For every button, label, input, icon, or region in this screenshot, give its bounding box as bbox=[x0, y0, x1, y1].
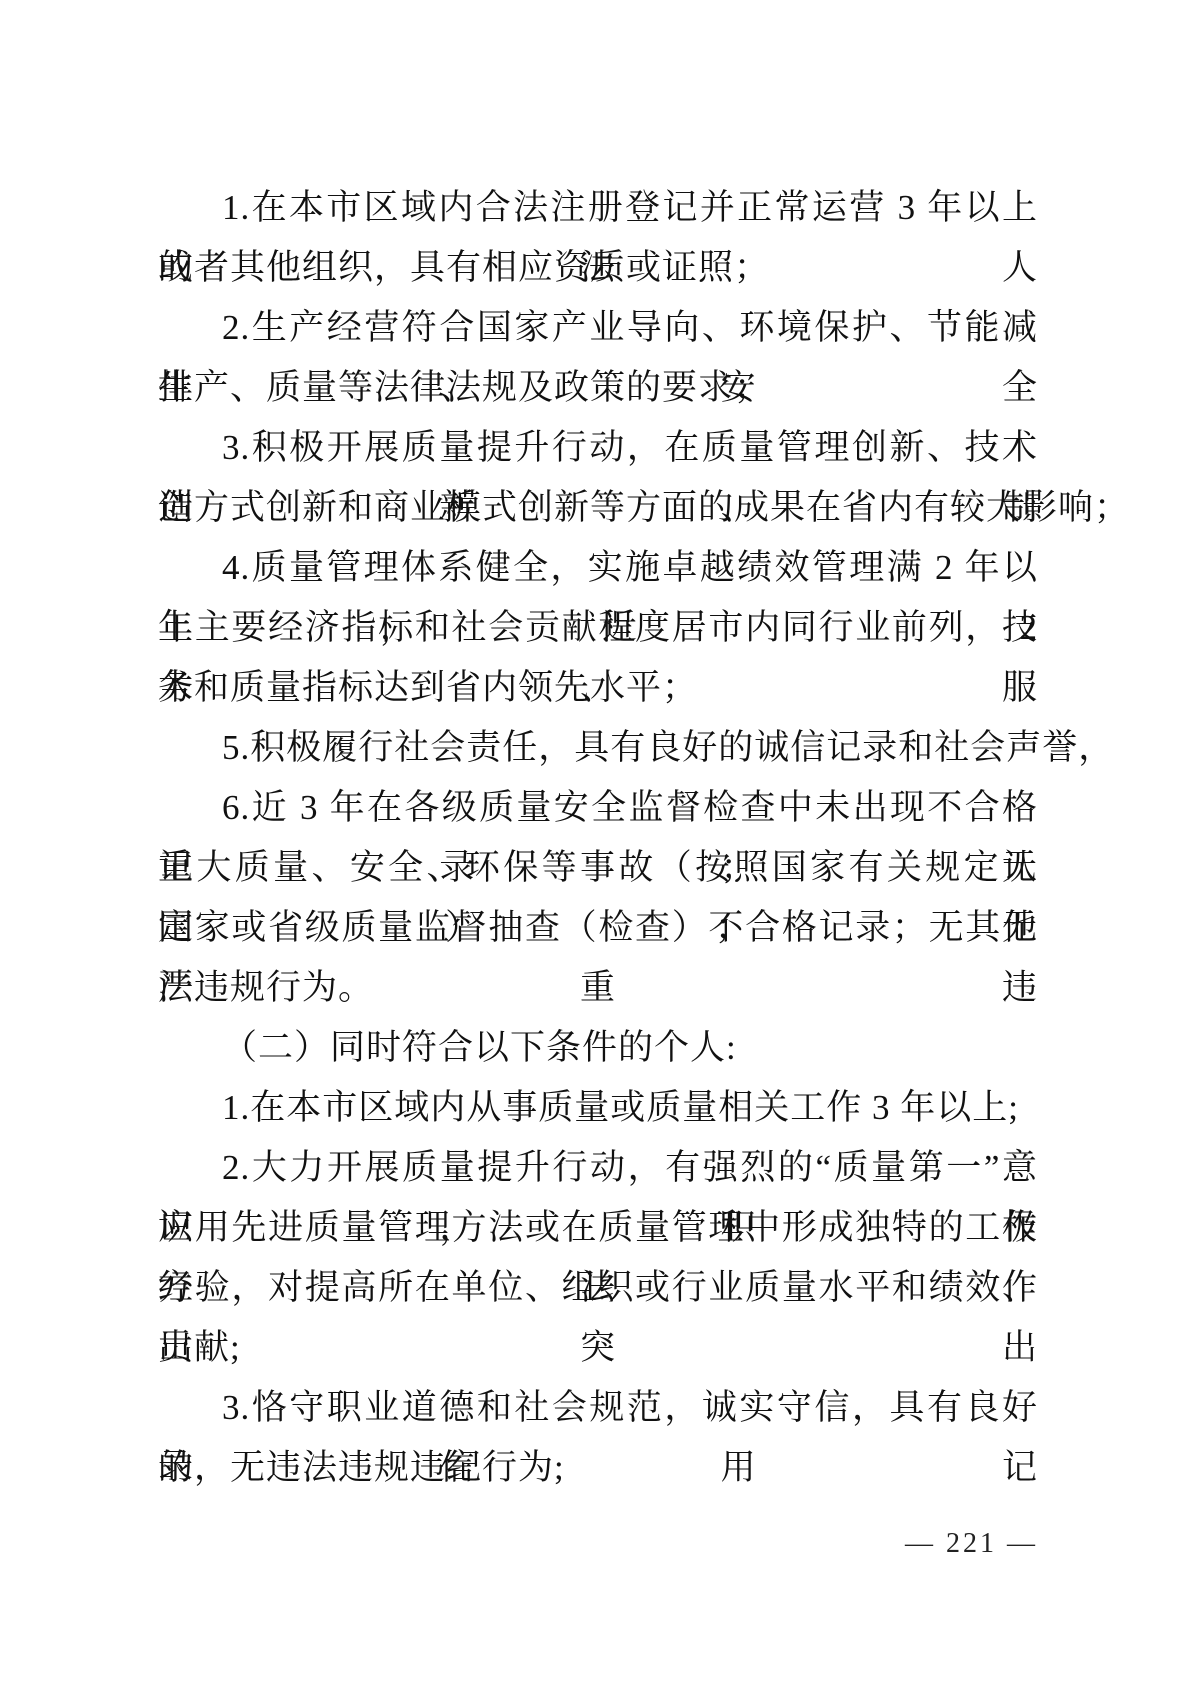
text-line: 3.积极开展质量提升行动，在质量管理创新、技术创新、制 bbox=[158, 418, 1038, 478]
document-page: 1.在本市区域内合法注册登记并正常运营 3 年以上的法人或者其他组织，具有相应资… bbox=[0, 0, 1190, 1683]
text-line: 经验，对提高所在单位、组织或行业质量水平和绩效作出突出 bbox=[158, 1258, 1038, 1318]
text-line: 1.在本市区域内从事质量或质量相关工作 3 年以上; bbox=[158, 1078, 1038, 1138]
document-body: 1.在本市区域内合法注册登记并正常运营 3 年以上的法人或者其他组织，具有相应资… bbox=[158, 178, 1038, 1498]
text-line: 年主要经济指标和社会贡献程度居市内同行业前列，技术、服 bbox=[158, 598, 1038, 658]
paragraph: 2.大力开展质量提升行动，有强烈的“质量第一”意识，积极应用先进质量管理方法或在… bbox=[158, 1138, 1038, 1378]
text-line: 3.恪守职业道德和社会规范，诚实守信，具有良好的信用记 bbox=[158, 1378, 1038, 1438]
text-line: 1.在本市区域内合法注册登记并正常运营 3 年以上的法人 bbox=[158, 178, 1038, 238]
paragraph: 1.在本市区域内合法注册登记并正常运营 3 年以上的法人或者其他组织，具有相应资… bbox=[158, 178, 1038, 298]
text-line: 国家或省级质量监督抽查（检查）不合格记录；无其他严重违 bbox=[158, 898, 1038, 958]
paragraph: 4.质量管理体系健全，实施卓越绩效管理满 2 年以上，近 2年主要经济指标和社会… bbox=[158, 538, 1038, 718]
text-line: 5.积极履行社会责任，具有良好的诚信记录和社会声誉， bbox=[158, 718, 1038, 778]
text-line: 应用先进质量管理方法或在质量管理中形成独特的工作方法、 bbox=[158, 1198, 1038, 1258]
page-number: — 221 — bbox=[158, 1524, 1038, 1564]
paragraph: 3.恪守职业道德和社会规范，诚实守信，具有良好的信用记录，无违法违规违纪行为; bbox=[158, 1378, 1038, 1498]
text-line: 2.大力开展质量提升行动，有强烈的“质量第一”意识，积极 bbox=[158, 1138, 1038, 1198]
text-line: 造方式创新和商业模式创新等方面的成果在省内有较大影响； bbox=[158, 478, 1038, 538]
paragraph: 6.近 3 年在各级质量安全监督检查中未出现不合格记录；无重大质量、安全、环保等… bbox=[158, 778, 1038, 1018]
paragraph: 1.在本市区域内从事质量或质量相关工作 3 年以上; bbox=[158, 1078, 1038, 1138]
paragraph: （二）同时符合以下条件的个人: bbox=[158, 1018, 1038, 1078]
text-line: 重大质量、安全、环保等事故（按照国家有关规定认定）；无 bbox=[158, 838, 1038, 898]
paragraph: 5.积极履行社会责任，具有良好的诚信记录和社会声誉， bbox=[158, 718, 1038, 778]
text-line: 4.质量管理体系健全，实施卓越绩效管理满 2 年以上，近 2 bbox=[158, 538, 1038, 598]
paragraph: 3.积极开展质量提升行动，在质量管理创新、技术创新、制造方式创新和商业模式创新等… bbox=[158, 418, 1038, 538]
paragraph: 2.生产经营符合国家产业导向、环境保护、节能减排、安全生产、质量等法律法规及政策… bbox=[158, 298, 1038, 418]
text-line: （二）同时符合以下条件的个人: bbox=[158, 1018, 1038, 1078]
text-line: 6.近 3 年在各级质量安全监督检查中未出现不合格记录；无 bbox=[158, 778, 1038, 838]
text-line: 2.生产经营符合国家产业导向、环境保护、节能减排、安全 bbox=[158, 298, 1038, 358]
